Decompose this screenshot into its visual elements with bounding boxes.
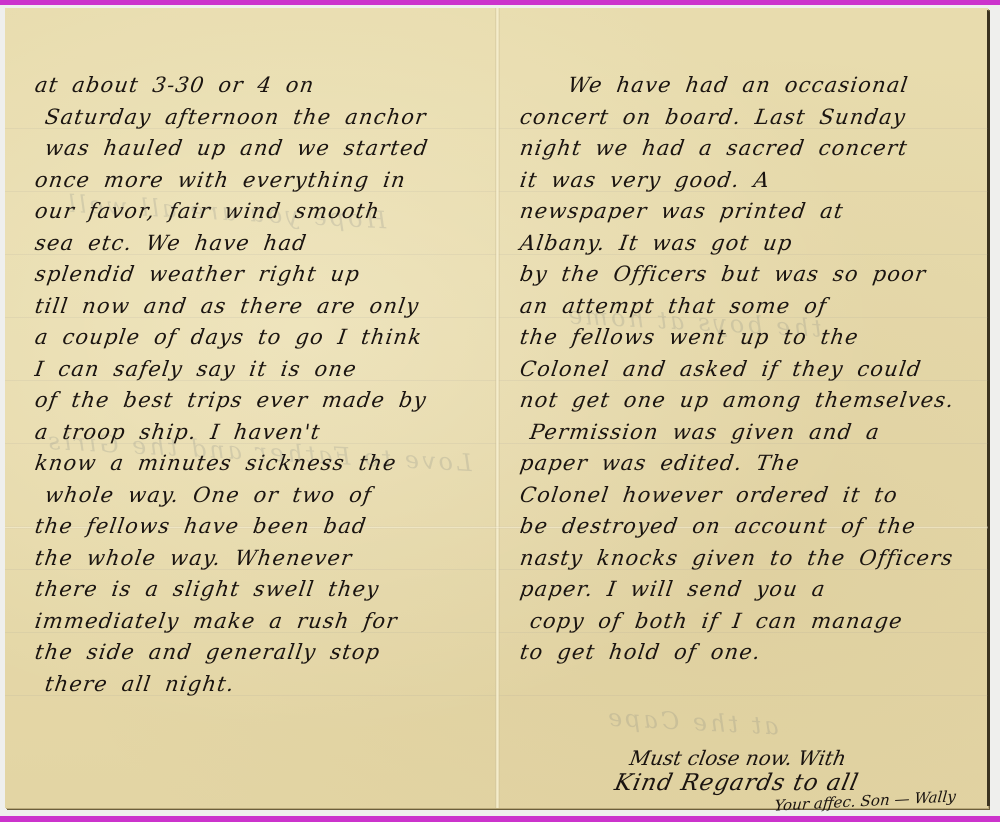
center-fold-crease xyxy=(495,8,500,808)
handwritten-line: be destroyed on account of the xyxy=(518,511,972,543)
handwritten-line: once more with everything in xyxy=(33,165,477,197)
handwritten-line: was hauled up and we started xyxy=(33,133,477,165)
handwritten-line: an attempt that some of xyxy=(518,291,972,323)
bleed-through-text: at the Cape xyxy=(604,703,779,740)
handwritten-line: know a minutes sickness the xyxy=(33,448,477,480)
handwritten-line: Permission was given and a xyxy=(518,417,972,449)
handwritten-line: till now and as there are only xyxy=(33,291,477,323)
handwritten-line: sea etc. We have had xyxy=(33,228,477,260)
top-border-bar xyxy=(0,0,1000,5)
handwritten-line: splendid weather right up xyxy=(33,259,477,291)
paper-edge-shadow xyxy=(987,10,990,806)
handwritten-line: at about 3-30 or 4 on xyxy=(33,70,477,102)
handwritten-line: We have had an occasional xyxy=(518,70,972,102)
handwritten-line: the side and generally stop xyxy=(33,637,477,669)
handwritten-line: there all night. xyxy=(33,669,477,701)
handwritten-line: the fellows have been bad xyxy=(33,511,477,543)
handwritten-line: whole way. One or two of xyxy=(33,480,477,512)
handwritten-line: paper. I will send you a xyxy=(518,574,972,606)
handwritten-line: our favor, fair wind smooth xyxy=(33,196,477,228)
handwritten-line: a couple of days to go I think xyxy=(33,322,477,354)
bottom-border-bar xyxy=(0,816,1000,822)
handwritten-line: by the Officers but was so poor xyxy=(518,259,972,291)
closing-regards: Kind Regards to all xyxy=(612,770,861,796)
handwritten-line: the fellows went up to the xyxy=(518,322,972,354)
handwritten-line: newspaper was printed at xyxy=(518,196,972,228)
handwritten-line: there is a slight swell they xyxy=(33,574,477,606)
handwritten-line: copy of both if I can manage xyxy=(518,606,972,638)
handwritten-line: Saturday afternoon the anchor xyxy=(33,102,477,134)
right-page: We have had an occasional concert on boa… xyxy=(520,70,970,669)
handwritten-line: immediately make a rush for xyxy=(33,606,477,638)
handwritten-line: Colonel and asked if they could xyxy=(518,354,972,386)
handwritten-line: concert on board. Last Sunday xyxy=(518,102,972,134)
handwritten-line: nasty knocks given to the Officers xyxy=(518,543,972,575)
handwritten-line: night we had a sacred concert xyxy=(518,133,972,165)
handwritten-line: of the best trips ever made by xyxy=(33,385,477,417)
handwritten-line: the whole way. Whenever xyxy=(33,543,477,575)
handwritten-line: Colonel however ordered it to xyxy=(518,480,972,512)
handwritten-line: I can safely say it is one xyxy=(33,354,477,386)
closing-line: Must close now. With xyxy=(628,746,848,770)
scan-frame: Hope you are all well Love to Father and… xyxy=(0,0,1000,822)
handwritten-line: not get one up among themselves. xyxy=(518,385,972,417)
handwritten-line: paper was edited. The xyxy=(518,448,972,480)
handwritten-line: Albany. It was got up xyxy=(518,228,972,260)
handwritten-line: to get hold of one. xyxy=(518,637,972,669)
handwritten-line: a troop ship. I haven't xyxy=(33,417,477,449)
left-page: at about 3-30 or 4 on Saturday afternoon… xyxy=(35,70,475,700)
letter-sheet: Hope you are all well Love to Father and… xyxy=(5,8,988,808)
handwritten-line: it was very good. A xyxy=(518,165,972,197)
